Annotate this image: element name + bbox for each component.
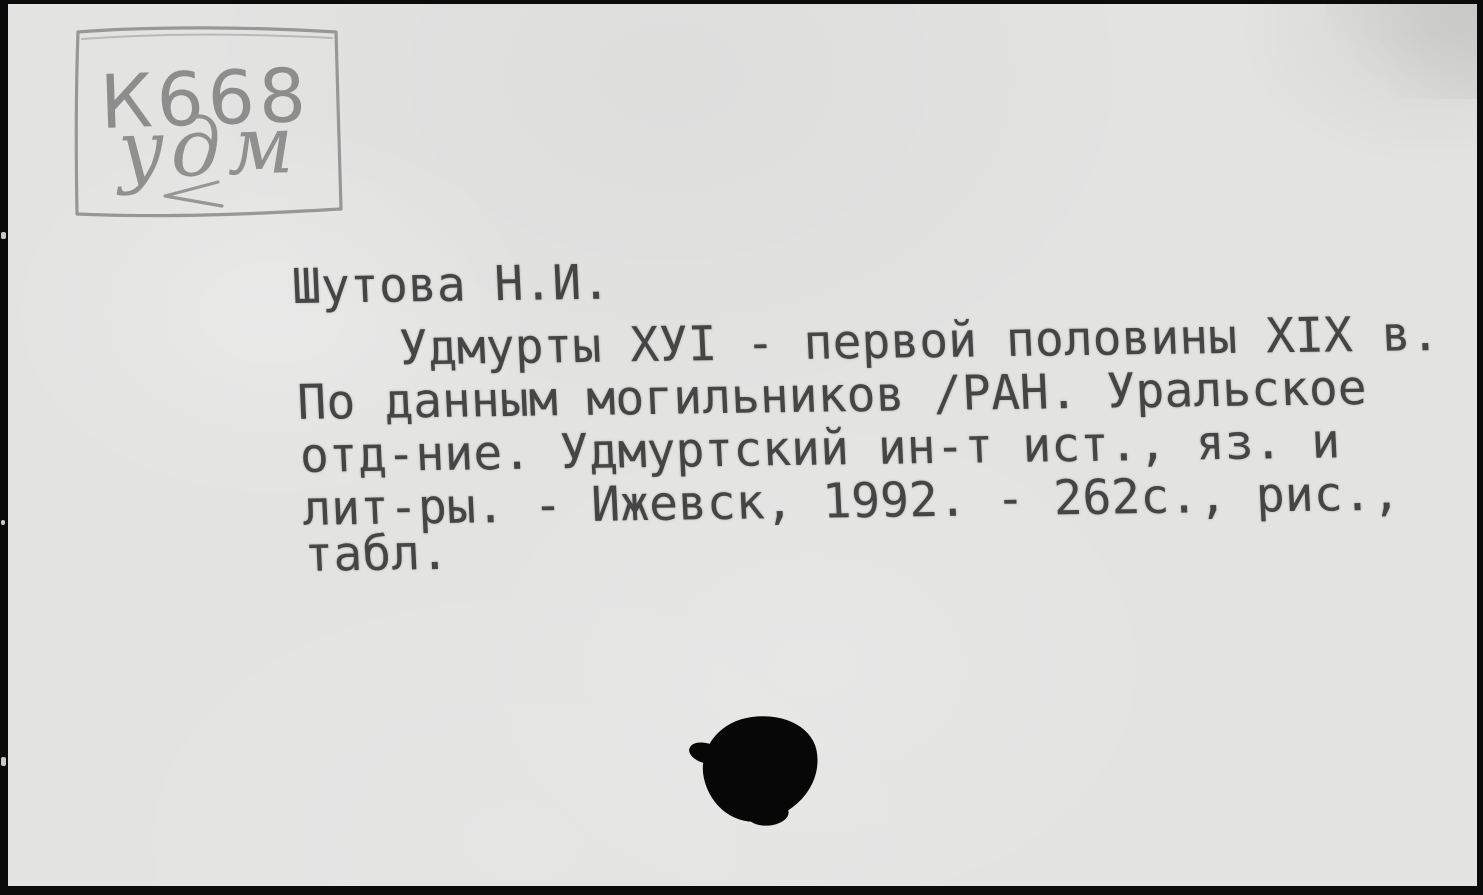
call-number-cutter: удм <box>113 98 301 197</box>
catalog-entry: Шутова Н.И. Удмурты ХУІ - первой половин… <box>291 245 1450 582</box>
entry-line-author: Шутова Н.И. <box>291 245 1438 314</box>
dust-speck <box>1 520 5 525</box>
dust-speck <box>1 757 6 766</box>
call-number-box: К668 удм <box>55 12 355 227</box>
dust-speck <box>1 232 6 239</box>
card-corner-shade <box>1327 4 1477 99</box>
call-number-frame-retrace <box>82 35 332 39</box>
scanned-catalog-card: К668 удм Шутова Н.И. Удмурты ХУІ - перво… <box>0 0 1483 895</box>
catalog-card: К668 удм Шутова Н.И. Удмурты ХУІ - перво… <box>8 4 1477 886</box>
ink-blot-mark <box>693 705 828 831</box>
